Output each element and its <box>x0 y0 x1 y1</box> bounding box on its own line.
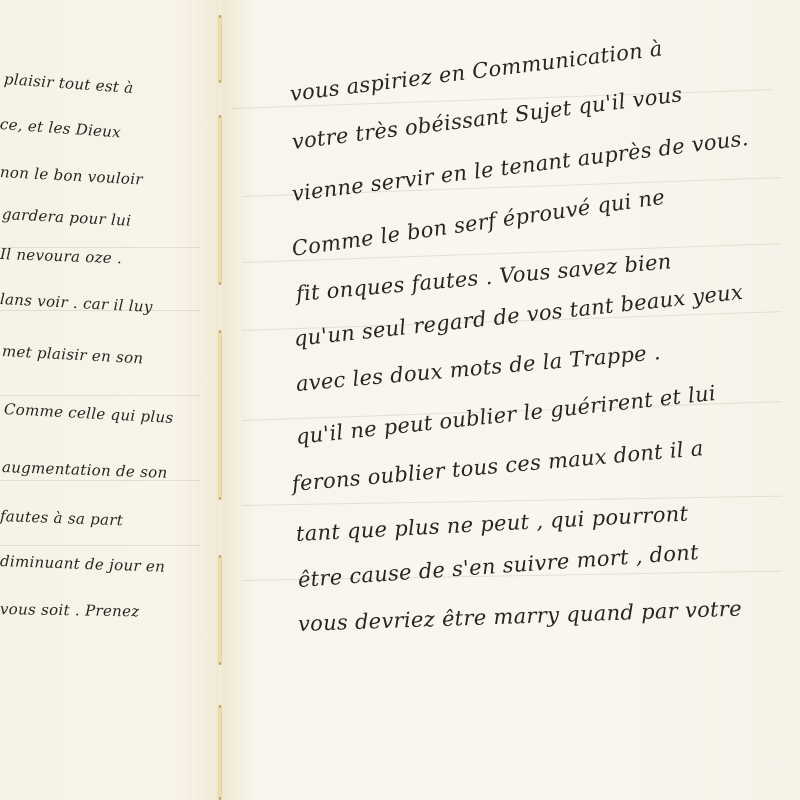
manuscript-line: Comme celle qui plus <box>4 400 174 427</box>
manuscript-line: vous devriez être marry quand par votre <box>298 597 743 636</box>
manuscript-line: diminuant de jour en <box>0 552 165 576</box>
manuscript-line: avec les doux mots de la Trappe . <box>295 340 662 396</box>
left-page: plaisir tout est à ce, et les Dieux non … <box>0 0 218 800</box>
manuscript-line: vous soit . Prenez <box>0 600 140 620</box>
manuscript-line: plaisir tout est à <box>3 70 134 97</box>
manuscript-line: augmentation de son <box>2 458 168 482</box>
manuscript-line: tant que plus ne peut , qui pourront <box>295 501 688 546</box>
manuscript-line: être cause de s'en suivre mort , dont <box>297 540 699 592</box>
manuscript-line: ferons oublier tous ces maux dont il a <box>291 436 705 496</box>
manuscript-line: fautes à sa part <box>0 507 123 529</box>
manuscript-line: non le bon vouloir <box>0 163 143 188</box>
ruling-line <box>0 545 200 546</box>
ruling-line <box>242 496 782 506</box>
ruling-line <box>0 480 200 481</box>
manuscript-line: Il nevoura oze . <box>0 245 122 267</box>
book-spread: plaisir tout est à ce, et les Dieux non … <box>0 0 800 800</box>
right-page: vous aspiriez en Communication à votre t… <box>222 0 800 800</box>
manuscript-line: met plaisir en son <box>2 342 144 367</box>
manuscript-line: ce, et les Dieux <box>0 115 122 141</box>
manuscript-line: gardera pour lui <box>2 205 132 230</box>
manuscript-line: lans voir . car il luy <box>0 290 153 316</box>
ruling-line <box>0 395 200 396</box>
